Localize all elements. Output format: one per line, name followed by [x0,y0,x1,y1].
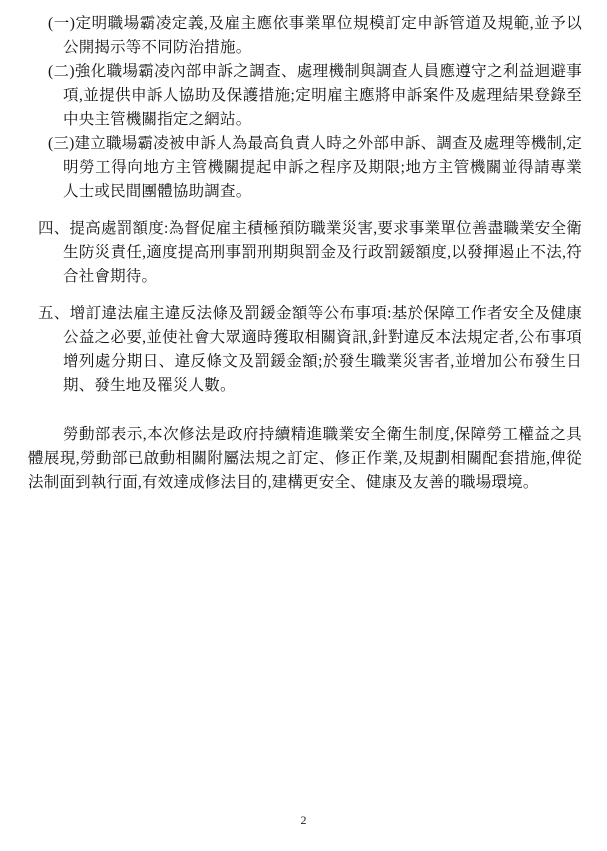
list-item-main-5: 五、增訂違法雇主違反法條及罰鍰金額等公布事項:基於保障工作者安全及健康公益之必要… [28,302,582,398]
item-number: 四、 [38,220,70,237]
list-item-sub-1: (一)定明職場霸凌定義,及雇主應依事業單位規模訂定申訴管道及規範,並予以公開揭示… [28,12,582,60]
page-number: 2 [0,813,607,827]
item-text: 建立職場霸凌被申訴人為最高負責人時之外部申訴、調查及處理等機制,定明勞工得向地方… [63,135,582,200]
item-number: (三) [48,135,75,152]
list-item-main-4: 四、提高處罰額度:為督促雇主積極預防職業災害,要求事業單位善盡職業安全衛生防災責… [28,217,582,289]
item-text: 提高處罰額度:為督促雇主積極預防職業災害,要求事業單位善盡職業安全衛生防災責任,… [63,220,582,285]
item-number: (二) [48,63,75,80]
item-number: (一) [48,15,75,32]
item-text: 強化職場霸凌內部申訴之調查、處理機制與調查人員應遵守之利益迴避事項,並提供申訴人… [63,63,582,128]
item-text: 增訂違法雇主違反法條及罰鍰金額等公布事項:基於保障工作者安全及健康公益之必要,並… [63,305,582,394]
list-item-sub-3: (三)建立職場霸凌被申訴人為最高負責人時之外部申訴、調查及處理等機制,定明勞工得… [28,132,582,204]
document-body: (一)定明職場霸凌定義,及雇主應依事業單位規模訂定申訴管道及規範,並予以公開揭示… [28,12,582,495]
item-number: 五、 [38,305,70,322]
list-item-sub-2: (二)強化職場霸凌內部申訴之調查、處理機制與調查人員應遵守之利益迴避事項,並提供… [28,60,582,132]
closing-paragraph: 勞動部表示,本次修法是政府持續精進職業安全衛生制度,保障勞工權益之具體展現,勞動… [28,423,582,495]
item-text: 定明職場霸凌定義,及雇主應依事業單位規模訂定申訴管道及規範,並予以公開揭示等不同… [63,15,582,56]
